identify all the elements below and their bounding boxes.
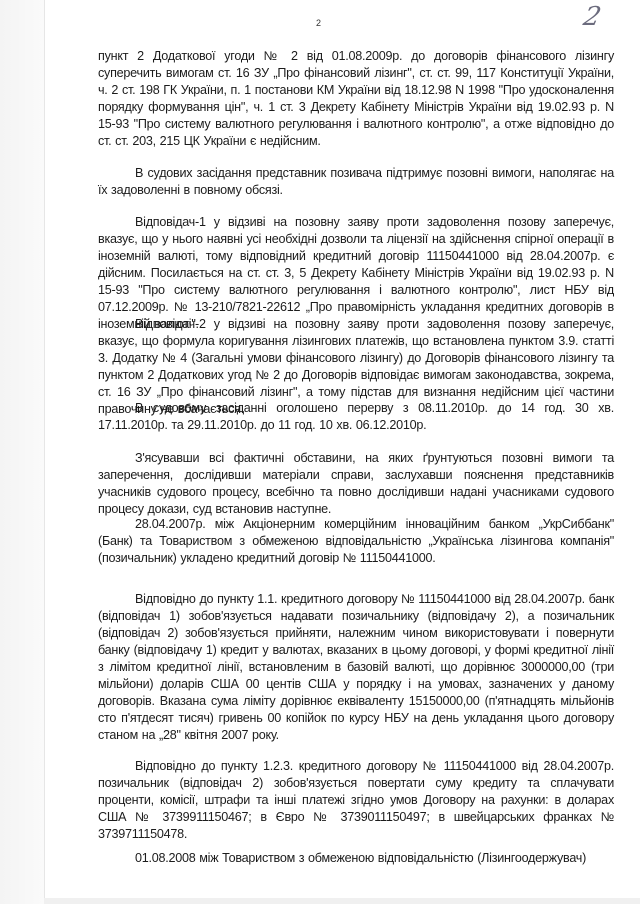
scan-left-margin (0, 0, 45, 904)
paragraph-continuation: пункт 2 Додаткової угоди № 2 від 01.08.2… (98, 48, 614, 150)
paragraph-clause-1-1: Відповідно до пункту 1.1. кредитного дог… (98, 591, 614, 744)
scan-bottom-edge (44, 898, 640, 904)
paragraph-credit-agreement: 28.04.2007р. між Акціонерним комерційним… (98, 516, 614, 567)
handwritten-page-mark: 2 (581, 2, 604, 32)
paragraph-leasing-start: 01.08.2008 між Товариством з обмеженою в… (98, 850, 614, 867)
paragraph-hearing-break: В судовому засіданні оголошено перерву з… (98, 400, 614, 434)
paragraph-clause-1-2-3: Відповідно до пункту 1.2.3. кредитного д… (98, 758, 614, 843)
paragraph-court-findings: З'ясувавши всі фактичні обставини, на як… (98, 450, 614, 518)
page-number: 2 (316, 18, 321, 28)
paragraph-plaintiff-position: В судових засідання представник позивача… (98, 165, 614, 199)
document-page: 2 2 пункт 2 Додаткової угоди № 2 від 01.… (0, 0, 640, 904)
